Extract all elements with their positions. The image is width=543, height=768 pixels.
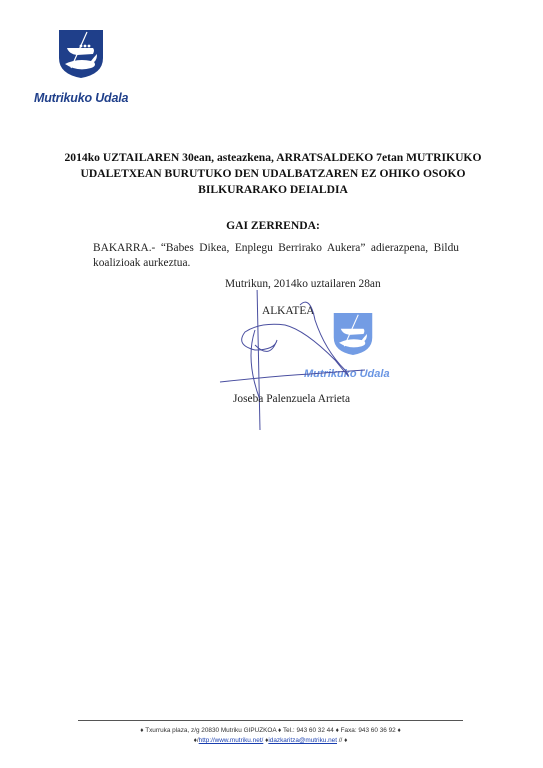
footer-phone: Tel.: 943 60 32 44 (283, 727, 334, 734)
footer-divider (78, 720, 463, 721)
bullet-icon: ♦ (397, 727, 400, 734)
document-title: 2014ko UZTAILAREN 30ean, asteazkena, ARR… (60, 150, 486, 198)
footer-contact: ♦ Txurruka plaza, z/g 20830 Mutriku GIPU… (78, 726, 463, 746)
signatory-name: Joseba Palenzuela Arrieta (233, 393, 350, 405)
website-link[interactable]: http://www.mutriku.net/ (199, 737, 264, 744)
municipality-name: Mutrikuko Udala (34, 91, 128, 105)
email-link[interactable]: idazkaritza@mutriku.net (268, 737, 337, 744)
title-line-1: 2014ko UZTAILAREN 30ean, asteazkena, ARR… (60, 150, 486, 166)
bullet-icon: ♦ (344, 737, 347, 744)
footer-fax: Faxa: 943 60 36 92 (341, 727, 396, 734)
bullet-icon: ♦ (278, 727, 281, 734)
footer-address: Txurruka plaza, z/g 20830 Mutriku GIPUZK… (145, 727, 276, 734)
municipal-shield-icon (57, 28, 105, 80)
bullet-icon: ♦ (140, 727, 143, 734)
place-date: Mutrikun, 2014ko uztailaren 28an (225, 278, 381, 290)
bullet-icon: ♦ (194, 737, 197, 744)
title-line-2: UDALETXEAN BURUTUKO DEN UDALBATZAREN EZ … (60, 166, 486, 182)
bullet-icon: ♦ (336, 727, 339, 734)
handwritten-signature-icon (215, 290, 405, 430)
title-line-3: BILKURARAKO DEIALDIA (60, 182, 486, 198)
agenda-heading: GAI ZERRENDA: (60, 219, 486, 232)
agenda-item: BAKARRA.- “Babes Dikea, Enplegu Berrirak… (93, 241, 459, 271)
